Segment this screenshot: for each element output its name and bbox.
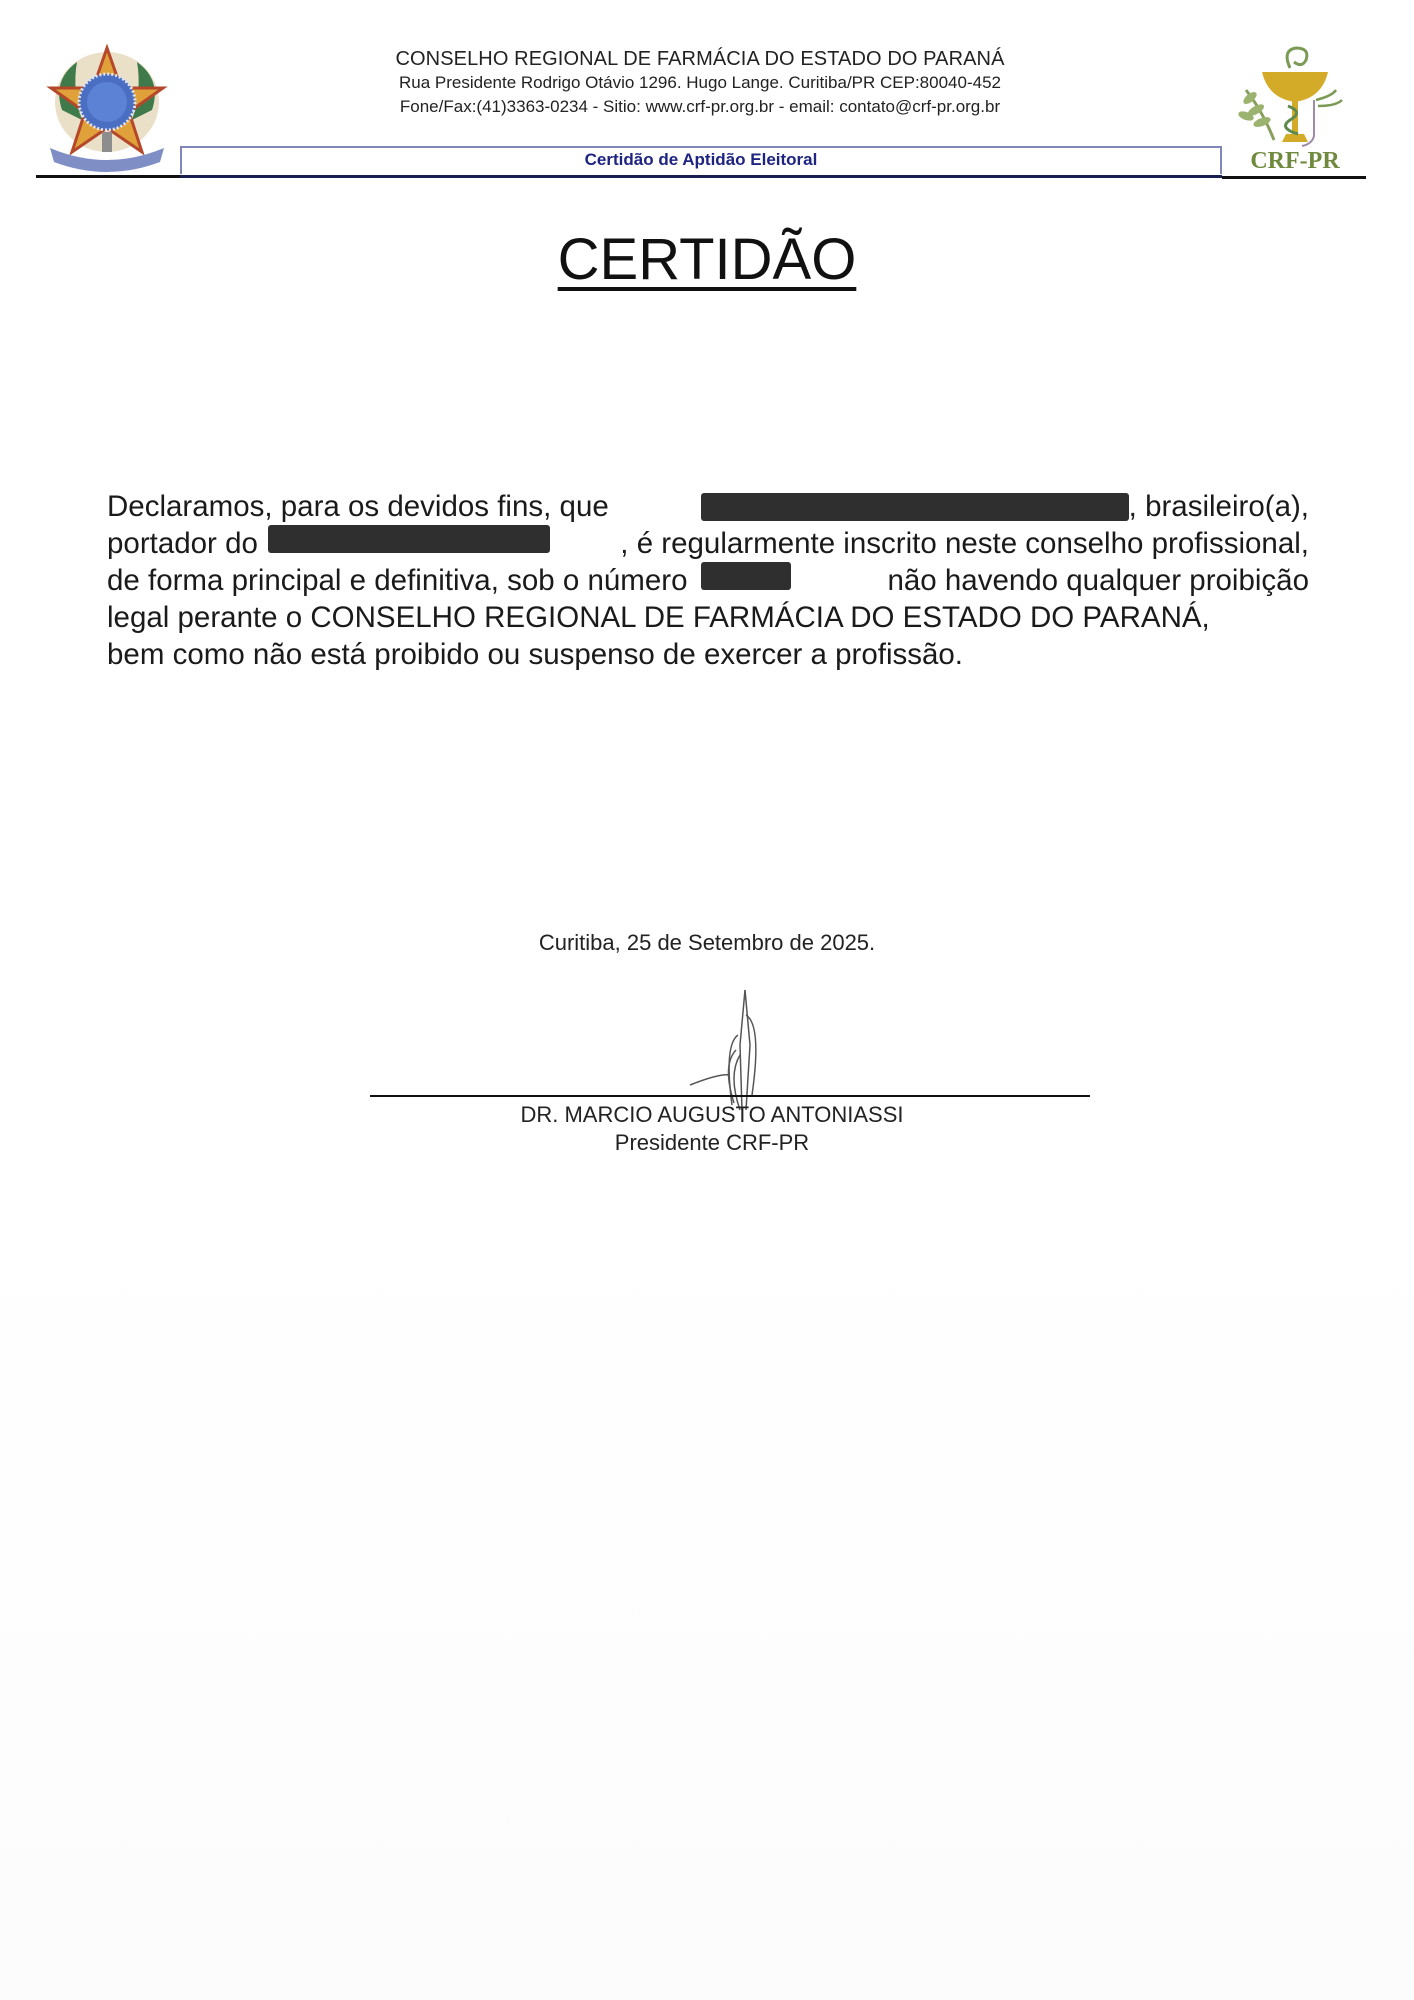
redacted-name (701, 493, 1129, 521)
document-subtitle: Certidão de Aptidão Eleitoral (180, 150, 1222, 170)
signer-role: Presidente CRF-PR (0, 1130, 1414, 1156)
crf-pr-logo-icon: CRF-PR (1232, 40, 1358, 180)
body-line: legal perante o CONSELHO REGIONAL DE FAR… (107, 599, 1309, 636)
body-line: Declaramos, para os devidos fins, que , … (107, 488, 1309, 525)
body-text: portador do (107, 525, 258, 562)
organization-address: Rua Presidente Rodrigo Otávio 1296. Hugo… (300, 73, 1100, 93)
body-text: de forma principal e definitiva, sob o n… (107, 562, 687, 599)
redacted-document-id (268, 525, 550, 553)
body-text: , é regularmente inscrito neste conselho… (620, 525, 1309, 562)
body-text: não havendo qualquer proibição (887, 562, 1309, 599)
organization-contact: Fone/Fax:(41)3363-0234 - Sitio: www.crf-… (300, 97, 1100, 117)
body-line: de forma principal e definitiva, sob o n… (107, 562, 1309, 599)
certificate-body: Declaramos, para os devidos fins, que , … (107, 488, 1309, 673)
redacted-registration-number (701, 562, 791, 590)
body-text: , brasileiro(a), (1129, 488, 1309, 525)
body-text: legal perante o CONSELHO REGIONAL DE FAR… (107, 599, 1210, 636)
header-divider (180, 175, 1222, 178)
header-divider (36, 175, 182, 178)
place-date: Curitiba, 25 de Setembro de 2025. (0, 930, 1414, 956)
body-text: bem como não está proibido ou suspenso d… (107, 636, 963, 673)
body-line: portador do , é regularmente inscrito ne… (107, 525, 1309, 562)
organization-name: CONSELHO REGIONAL DE FARMÁCIA DO ESTADO … (300, 48, 1100, 71)
document-title: CERTIDÃO (0, 226, 1414, 293)
body-line: bem como não está proibido ou suspenso d… (107, 636, 1309, 673)
body-text: Declaramos, para os devidos fins, que (107, 488, 609, 525)
brazil-coat-of-arms-icon (42, 40, 172, 175)
signer-name: DR. MARCIO AUGUSTO ANTONIASSI (0, 1102, 1414, 1128)
signature-line (370, 1095, 1090, 1097)
svg-text:CRF-PR: CRF-PR (1250, 148, 1340, 174)
